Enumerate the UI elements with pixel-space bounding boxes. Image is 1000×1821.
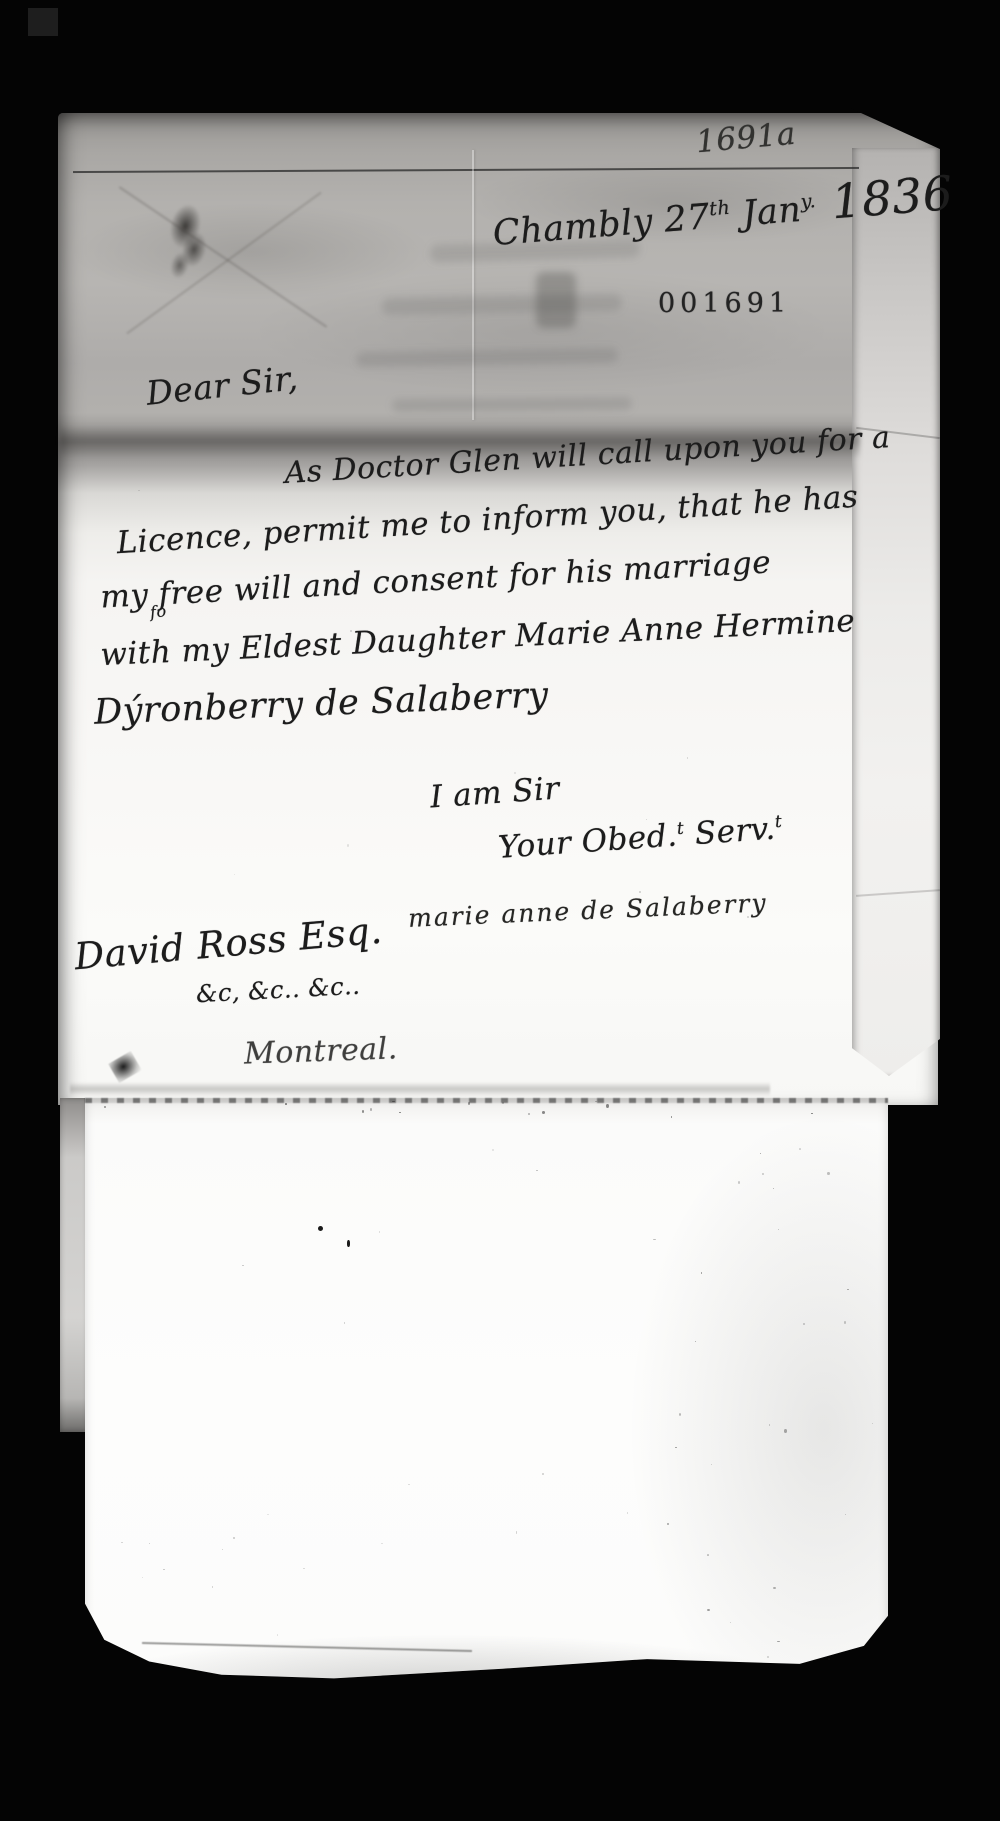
scan-speck — [142, 1577, 143, 1578]
dateline-month: Jan — [729, 190, 802, 235]
dateline-month-suffix: y. — [800, 189, 817, 213]
closing-sup-t: t — [774, 812, 783, 832]
scan-scene: 1691a Chambly 27th Jany. 1836 001691 Dea… — [0, 0, 1000, 1821]
scan-speck — [595, 1101, 597, 1102]
scan-speck — [827, 1172, 830, 1175]
scan-speck — [242, 1265, 243, 1266]
dateline-ordinal: th — [708, 196, 731, 221]
scan-speck — [730, 1622, 731, 1623]
scan-speck — [803, 1323, 805, 1325]
scan-speck — [844, 1321, 846, 1323]
scan-speck — [707, 1609, 710, 1611]
vertical-crease — [472, 150, 474, 420]
bleed-through-smudge — [536, 272, 576, 328]
scan-speck — [707, 1554, 709, 1556]
scan-speck — [701, 1272, 703, 1274]
scanner-artifact-square — [28, 8, 58, 36]
scan-speck — [357, 523, 358, 525]
scan-speck — [121, 1542, 122, 1543]
shadow-band — [70, 1082, 770, 1096]
bleed-through-smudge — [392, 397, 632, 412]
scan-speck — [408, 1484, 409, 1485]
scan-speck — [542, 1473, 543, 1475]
scan-speck — [104, 1106, 106, 1108]
scan-speck — [379, 1231, 380, 1233]
scan-speck — [234, 874, 235, 875]
scan-speck — [687, 757, 688, 759]
scan-speck — [542, 1111, 545, 1114]
scan-speck — [350, 630, 352, 632]
scan-speck — [347, 844, 349, 846]
scan-speck — [516, 1531, 518, 1533]
scan-speck — [747, 916, 749, 918]
dateline-year: 1836 — [814, 166, 955, 232]
scan-speck — [536, 1170, 537, 1171]
folded-edge-strip — [852, 148, 940, 1076]
scan-speck — [606, 1104, 609, 1108]
stamp-number: 001691 — [658, 288, 791, 319]
speck-mark — [347, 1240, 350, 1247]
underlying-page-strip — [60, 1098, 88, 1432]
lower-blank-page — [85, 1098, 888, 1700]
lower-page-top-edge — [85, 1098, 888, 1103]
scan-speck — [233, 1537, 234, 1538]
scan-speck — [502, 1102, 504, 1104]
scan-speck — [359, 521, 361, 522]
interline-note: fo — [149, 601, 167, 622]
scan-speck — [828, 1658, 830, 1660]
scan-speck — [163, 1569, 165, 1570]
addressee-place: Montreal. — [243, 1031, 398, 1071]
scan-speck — [528, 1113, 530, 1114]
scan-speck — [468, 1102, 470, 1105]
closing-servant: Serv. — [683, 811, 776, 853]
scan-speck — [381, 1543, 383, 1544]
scan-speck — [267, 1514, 268, 1515]
speck-mark — [318, 1226, 323, 1231]
scan-speck — [370, 1108, 372, 1111]
scan-speck — [514, 772, 516, 774]
